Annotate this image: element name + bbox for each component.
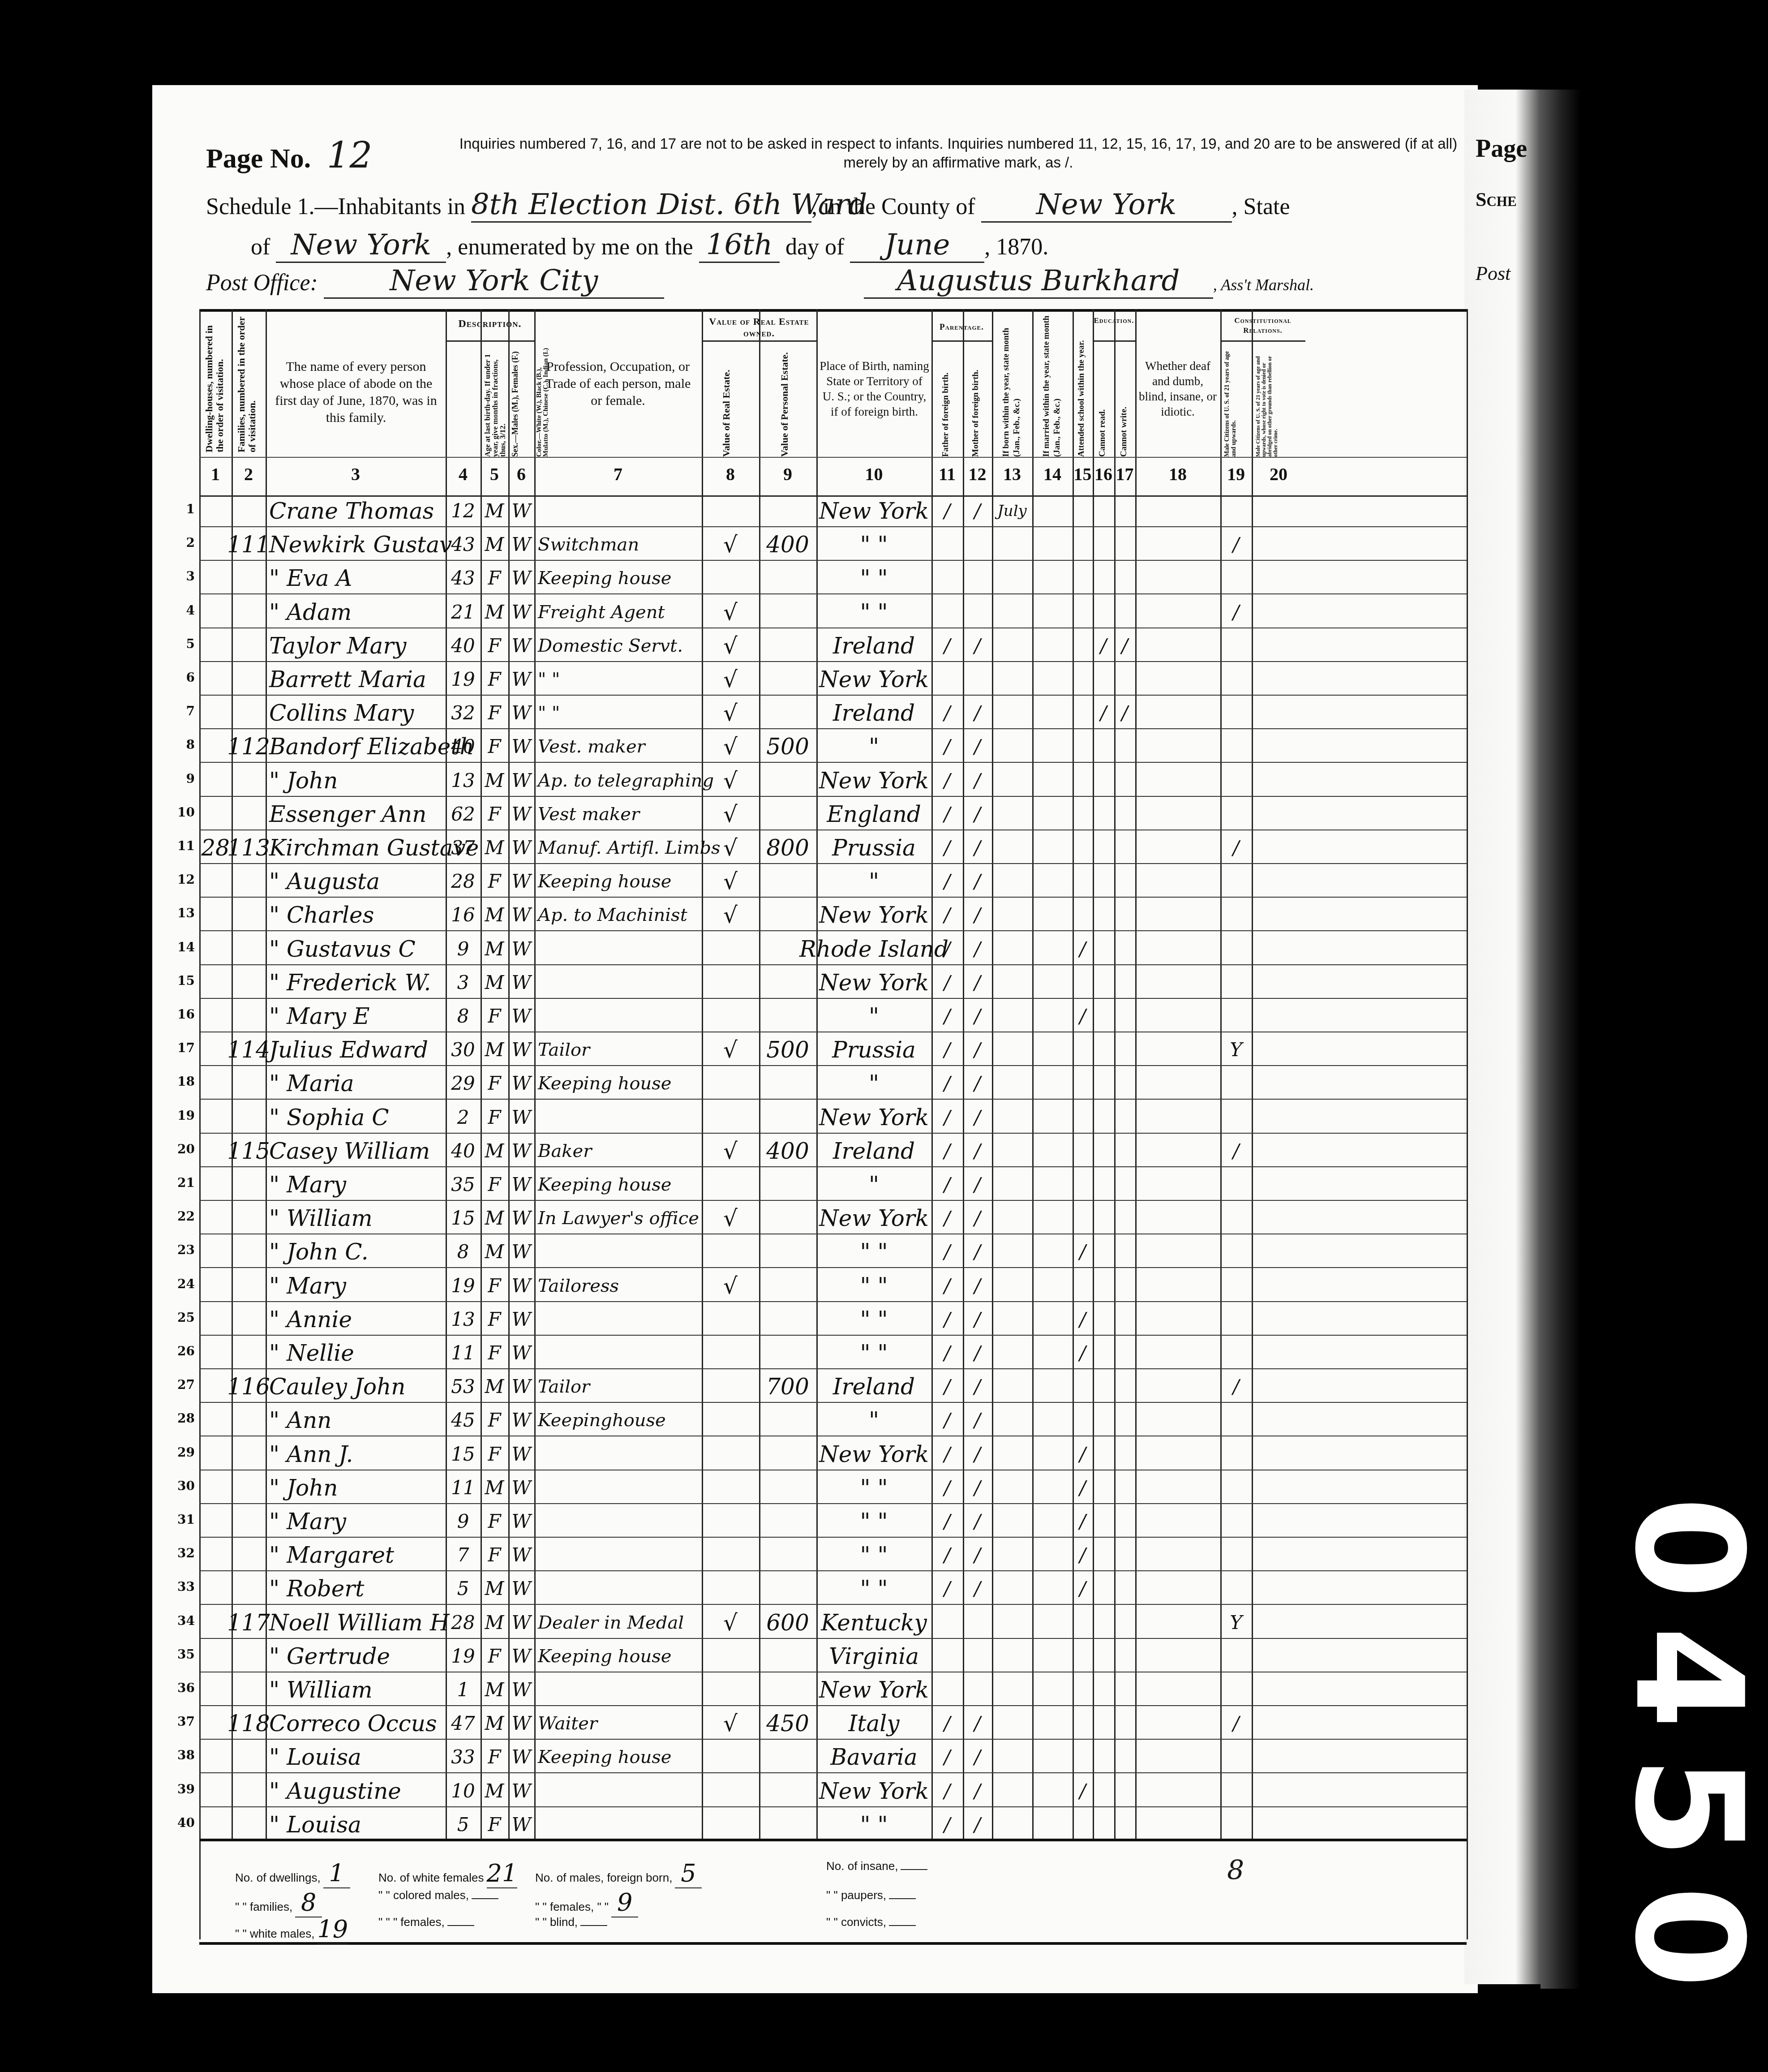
personal-estate-cell — [759, 1099, 816, 1133]
father-foreign-cell: / — [931, 931, 963, 964]
color-cell: W — [508, 1234, 534, 1267]
table-row: 15" Frederick W.3MWNew York// — [199, 964, 1467, 999]
adjacent-page-title: Page — [1476, 134, 1527, 163]
age-cell: 33 — [446, 1739, 481, 1772]
name-cell: " Augustine — [266, 1773, 446, 1806]
table-row: 5Taylor Mary40FWDomestic Servt.√Ireland/… — [199, 628, 1467, 662]
line-number: 25 — [172, 1310, 195, 1325]
family-cell: 118 — [232, 1705, 266, 1739]
father-foreign-cell: / — [931, 1739, 963, 1772]
line-number: 24 — [172, 1277, 195, 1291]
disability-cell — [1135, 1402, 1220, 1436]
personal-estate-cell — [759, 1335, 816, 1368]
dwelling-cell — [199, 1368, 232, 1402]
married-month-cell — [1032, 1402, 1073, 1436]
dwelling-cell — [199, 1739, 232, 1772]
occupation-cell: Keeping house — [534, 560, 702, 593]
real-estate-cell — [702, 1570, 759, 1604]
birthplace-cell: Italy — [816, 1705, 931, 1739]
disability-cell — [1135, 1099, 1220, 1133]
disability-cell — [1135, 762, 1220, 796]
cannot-write-cell — [1114, 661, 1135, 695]
father-foreign-cell — [931, 526, 963, 560]
born-month-cell — [992, 1268, 1032, 1301]
cannot-read-cell — [1093, 493, 1114, 526]
cannot-read-cell — [1093, 1739, 1114, 1772]
real-estate-cell — [702, 1806, 759, 1840]
school-cell — [1073, 796, 1093, 830]
married-month-cell — [1032, 695, 1073, 728]
born-month-cell — [992, 1402, 1032, 1436]
dwelling-cell — [199, 1537, 232, 1570]
birthplace-cell: " " — [816, 1537, 931, 1570]
citizen-cell — [1220, 1570, 1252, 1604]
mother-foreign-cell: / — [963, 1436, 992, 1470]
family-cell — [232, 1773, 266, 1806]
sex-cell: F — [481, 1166, 508, 1200]
real-estate-cell: √ — [702, 897, 759, 930]
color-cell: W — [508, 628, 534, 661]
table-row: 13" Charles16MWAp. to Machinist√New York… — [199, 897, 1467, 931]
family-cell — [232, 796, 266, 830]
vote-denied-cell — [1252, 1739, 1305, 1772]
education-group: Education. — [1093, 316, 1135, 326]
school-cell — [1073, 762, 1093, 796]
cannot-read-cell — [1093, 1436, 1114, 1470]
age-cell: 19 — [446, 661, 481, 695]
color-cell: W — [508, 1705, 534, 1739]
cannot-write-cell: / — [1114, 628, 1135, 661]
father-foreign-cell: / — [931, 1200, 963, 1234]
father-foreign-cell — [931, 1672, 963, 1705]
line-number: 16 — [172, 1007, 195, 1022]
real-estate-cell: √ — [702, 526, 759, 560]
vote-denied-cell — [1252, 1503, 1305, 1537]
color-cell: W — [508, 1133, 534, 1166]
school-cell: / — [1073, 931, 1093, 964]
mother-foreign-cell: / — [963, 1166, 992, 1200]
personal-estate-cell — [759, 661, 816, 695]
color-cell: W — [508, 1166, 534, 1200]
cannot-write-cell — [1114, 931, 1135, 964]
line-number: 1 — [172, 502, 195, 516]
sex-cell: M — [481, 1470, 508, 1503]
personal-estate-cell: 500 — [759, 1032, 816, 1065]
sex-cell: M — [481, 1200, 508, 1234]
occupation-cell — [534, 1570, 702, 1604]
dwelling-cell — [199, 526, 232, 560]
dwelling-cell — [199, 897, 232, 930]
age-cell: 7 — [446, 1537, 481, 1570]
line-number: 8 — [172, 737, 195, 752]
family-cell: 113 — [232, 830, 266, 863]
table-row: 14" Gustavus C9MWRhode Island/// — [199, 931, 1467, 965]
line-number: 9 — [172, 771, 195, 786]
father-foreign-cell: / — [931, 897, 963, 930]
name-cell: " William — [266, 1672, 446, 1705]
vote-denied-cell — [1252, 1368, 1305, 1402]
name-cell: " Louisa — [266, 1739, 446, 1772]
disability-cell — [1135, 1604, 1220, 1638]
real-estate-cell — [702, 1335, 759, 1368]
cannot-write-cell — [1114, 1200, 1135, 1234]
school-cell — [1073, 1200, 1093, 1234]
table-row: 24" Mary19FWTailoress√" "// — [199, 1268, 1467, 1302]
disability-cell — [1135, 594, 1220, 628]
family-cell — [232, 762, 266, 796]
birthplace-cell: " — [816, 998, 931, 1032]
color-cell: W — [508, 897, 534, 930]
sex-cell: F — [481, 728, 508, 762]
personal-estate-cell: 800 — [759, 830, 816, 863]
born-month-cell — [992, 1537, 1032, 1570]
married-month-cell — [1032, 1806, 1073, 1840]
cannot-write-cell — [1114, 1032, 1135, 1065]
family-cell — [232, 1234, 266, 1267]
school-cell — [1073, 661, 1093, 695]
line-number: 21 — [172, 1175, 195, 1190]
real-estate-cell — [702, 493, 759, 526]
birthplace-cell: New York — [816, 1672, 931, 1705]
mother-foreign-cell: / — [963, 1065, 992, 1099]
father-foreign-cell: / — [931, 1268, 963, 1301]
name-cell: " Nellie — [266, 1335, 446, 1368]
married-month-cell — [1032, 998, 1073, 1032]
cannot-write-cell — [1114, 1672, 1135, 1705]
dwelling-cell: 28 — [199, 830, 232, 863]
real-estate-cell — [702, 998, 759, 1032]
real-estate-cell — [702, 1739, 759, 1772]
disability-cell — [1135, 1032, 1220, 1065]
disability-cell — [1135, 830, 1220, 863]
table-row: 32" Margaret7FW" "/// — [199, 1537, 1467, 1571]
disability-cell — [1135, 863, 1220, 897]
real-estate-cell — [702, 1638, 759, 1672]
cannot-read-cell — [1093, 863, 1114, 897]
married-month-cell — [1032, 1705, 1073, 1739]
birthplace-cell: Prussia — [816, 1032, 931, 1065]
personal-estate-cell — [759, 964, 816, 998]
vote-denied-cell — [1252, 1537, 1305, 1570]
personal-estate-cell: 400 — [759, 1133, 816, 1166]
vote-denied-cell — [1252, 1436, 1305, 1470]
school-cell — [1073, 728, 1093, 762]
real-estate-cell — [702, 1436, 759, 1470]
line-number: 29 — [172, 1445, 195, 1460]
sex-cell: F — [481, 695, 508, 728]
personal-estate-cell — [759, 493, 816, 526]
cannot-write-cell — [1114, 1773, 1135, 1806]
disability-cell — [1135, 1301, 1220, 1335]
vote-denied-cell — [1252, 863, 1305, 897]
real-estate-cell — [702, 1301, 759, 1335]
sex-cell: F — [481, 796, 508, 830]
table-row: 10Essenger Ann62FWVest maker√England// — [199, 796, 1467, 830]
real-estate-cell — [702, 1065, 759, 1099]
disability-cell — [1135, 628, 1220, 661]
sex-cell: M — [481, 897, 508, 930]
cannot-write-cell — [1114, 897, 1135, 930]
table-row: 4" Adam21MWFreight Agent√" "/ — [199, 594, 1467, 628]
cannot-read-cell: / — [1093, 695, 1114, 728]
color-cell: W — [508, 1368, 534, 1402]
real-estate-cell — [702, 560, 759, 593]
born-month-cell — [992, 1436, 1032, 1470]
line-number: 38 — [172, 1748, 195, 1762]
cannot-write-cell — [1114, 493, 1135, 526]
birthplace-cell: New York — [816, 493, 931, 526]
disability-cell — [1135, 560, 1220, 593]
dwelling-cell — [199, 931, 232, 964]
school-cell — [1073, 594, 1093, 628]
born-month-cell — [992, 695, 1032, 728]
married-month-cell — [1032, 1537, 1073, 1570]
occupation-cell — [534, 1335, 702, 1368]
cannot-read-cell — [1093, 762, 1114, 796]
birthplace-cell: Ireland — [816, 695, 931, 728]
disability-cell — [1135, 998, 1220, 1032]
age-cell: 13 — [446, 1301, 481, 1335]
married-month-cell — [1032, 762, 1073, 796]
mother-foreign-cell — [963, 661, 992, 695]
sex-cell: F — [481, 1806, 508, 1840]
vote-denied-cell — [1252, 560, 1305, 593]
occupation-cell: Ap. to Machinist — [534, 897, 702, 930]
age-cell: 15 — [446, 1200, 481, 1234]
name-cell: Collins Mary — [266, 695, 446, 728]
name-cell: " Maria — [266, 1065, 446, 1099]
family-cell: 115 — [232, 1133, 266, 1166]
personal-estate-cell — [759, 1301, 816, 1335]
adjacent-page-post: Post — [1476, 262, 1511, 285]
citizen-cell — [1220, 695, 1252, 728]
personal-estate-cell — [759, 1234, 816, 1267]
mother-foreign-cell — [963, 1604, 992, 1638]
married-month-cell — [1032, 964, 1073, 998]
name-cell: " William — [266, 1200, 446, 1234]
cannot-write-cell — [1114, 1133, 1135, 1166]
father-foreign-cell: / — [931, 1133, 963, 1166]
school-cell — [1073, 964, 1093, 998]
father-foreign-cell: / — [931, 1470, 963, 1503]
color-cell: W — [508, 830, 534, 863]
real-estate-cell: √ — [702, 628, 759, 661]
age-cell: 11 — [446, 1470, 481, 1503]
dwelling-cell — [199, 863, 232, 897]
name-cell: " Gertrude — [266, 1638, 446, 1672]
occupation-cell: Keepinghouse — [534, 1402, 702, 1436]
color-cell: W — [508, 1335, 534, 1368]
personal-estate-cell: 400 — [759, 526, 816, 560]
post-office-field: New York City — [324, 264, 664, 299]
mother-foreign-cell: / — [963, 1773, 992, 1806]
color-cell: W — [508, 493, 534, 526]
age-cell: 40 — [446, 1133, 481, 1166]
family-cell — [232, 1739, 266, 1772]
father-foreign-cell: / — [931, 493, 963, 526]
table-row: 2111Newkirk Gustav43MWSwitchman√400" "/ — [199, 526, 1467, 561]
color-cell: W — [508, 1402, 534, 1436]
cannot-write-cell — [1114, 964, 1135, 998]
name-cell: " Mary E — [266, 998, 446, 1032]
cannot-write-cell — [1114, 1638, 1135, 1672]
age-cell: 43 — [446, 526, 481, 560]
born-month-cell — [992, 728, 1032, 762]
born-month-cell — [992, 863, 1032, 897]
sex-cell: M — [481, 1032, 508, 1065]
occupation-cell — [534, 1301, 702, 1335]
occupation-cell: Baker — [534, 1133, 702, 1166]
birthplace-cell: " — [816, 1402, 931, 1436]
cannot-write-cell — [1114, 1705, 1135, 1739]
col2-header: Families, numbered in the order of visit… — [236, 314, 261, 452]
cannot-read-cell — [1093, 897, 1114, 930]
cannot-read-cell — [1093, 1335, 1114, 1368]
citizen-cell — [1220, 931, 1252, 964]
dwelling-cell — [199, 493, 232, 526]
school-cell — [1073, 1099, 1093, 1133]
cannot-read-cell — [1093, 1032, 1114, 1065]
occupation-cell — [534, 964, 702, 998]
family-cell — [232, 863, 266, 897]
cannot-write-cell — [1114, 1604, 1135, 1638]
marshal-signature: Augustus Burkhard — [864, 264, 1213, 299]
occupation-cell: Keeping house — [534, 1739, 702, 1772]
mother-foreign-cell: / — [963, 1739, 992, 1772]
adjacent-page-edge — [1464, 90, 1549, 1984]
married-month-cell — [1032, 830, 1073, 863]
father-foreign-cell — [931, 594, 963, 628]
disability-cell — [1135, 1335, 1220, 1368]
married-month-cell — [1032, 897, 1073, 930]
married-month-cell — [1032, 1200, 1073, 1234]
table-row: 31" Mary9FW" "/// — [199, 1503, 1467, 1538]
name-cell: " Ann J. — [266, 1436, 446, 1470]
mother-foreign-cell: / — [963, 1402, 992, 1436]
personal-estate-cell — [759, 796, 816, 830]
school-cell: / — [1073, 1470, 1093, 1503]
married-month-cell — [1032, 1570, 1073, 1604]
sex-cell: F — [481, 998, 508, 1032]
disability-cell — [1135, 1200, 1220, 1234]
line-number: 12 — [172, 872, 195, 887]
birthplace-cell: " " — [816, 1806, 931, 1840]
table-row: 40" Louisa5FW" "// — [199, 1806, 1467, 1841]
birthplace-cell: England — [816, 796, 931, 830]
citizen-cell: / — [1220, 1368, 1252, 1402]
vote-denied-cell — [1252, 1133, 1305, 1166]
occupation-cell — [534, 998, 702, 1032]
table-row: 33" Robert5MW" "/// — [199, 1570, 1467, 1605]
real-estate-cell: √ — [702, 1032, 759, 1065]
name-cell: Barrett Maria — [266, 661, 446, 695]
citizen-cell — [1220, 1806, 1252, 1840]
occupation-cell: Vest maker — [534, 796, 702, 830]
table-row: 29" Ann J.15FWNew York/// — [199, 1436, 1467, 1470]
age-cell: 8 — [446, 998, 481, 1032]
born-month-cell — [992, 1773, 1032, 1806]
occupation-cell: Keeping house — [534, 1166, 702, 1200]
age-cell: 45 — [446, 1402, 481, 1436]
binding-shadow — [1541, 90, 1581, 1989]
real-estate-cell — [702, 1166, 759, 1200]
born-month-cell — [992, 1065, 1032, 1099]
cannot-read-cell — [1093, 1402, 1114, 1436]
inhabitants-in-field: 8th Election Dist. 6th Ward — [471, 188, 811, 223]
personal-estate-cell — [759, 1268, 816, 1301]
line-number: 20 — [172, 1142, 195, 1156]
born-month-cell — [992, 1032, 1032, 1065]
citizen-cell — [1220, 728, 1252, 762]
school-cell: / — [1073, 1301, 1093, 1335]
born-month-cell — [992, 931, 1032, 964]
occupation-cell: Tailor — [534, 1368, 702, 1402]
real-estate-cell — [702, 964, 759, 998]
dwelling-cell — [199, 594, 232, 628]
cannot-read-cell — [1093, 1638, 1114, 1672]
school-cell — [1073, 1368, 1093, 1402]
dwelling-cell — [199, 1099, 232, 1133]
personal-estate-cell — [759, 1570, 816, 1604]
father-foreign-cell: / — [931, 1166, 963, 1200]
school-cell — [1073, 1166, 1093, 1200]
father-foreign-cell: / — [931, 1503, 963, 1537]
married-month-cell — [1032, 594, 1073, 628]
birthplace-cell: " " — [816, 1335, 931, 1368]
cannot-write-cell — [1114, 1099, 1135, 1133]
cannot-read-cell — [1093, 661, 1114, 695]
vote-denied-cell — [1252, 1705, 1305, 1739]
cannot-read-cell — [1093, 1705, 1114, 1739]
personal-estate-cell — [759, 762, 816, 796]
birthplace-cell: " — [816, 1166, 931, 1200]
dwelling-cell — [199, 560, 232, 593]
summary-dwellings: No. of dwellings,1 — [235, 1859, 350, 1888]
married-month-cell — [1032, 1638, 1073, 1672]
family-cell — [232, 628, 266, 661]
col8-header: Value of Real Estate. — [721, 349, 739, 457]
family-cell — [232, 897, 266, 930]
real-estate-cell: √ — [702, 863, 759, 897]
real-estate-cell — [702, 1402, 759, 1436]
table-row: 34117Noell William H28MWDealer in Medal√… — [199, 1604, 1467, 1639]
vote-denied-cell — [1252, 1166, 1305, 1200]
cannot-read-cell — [1093, 1200, 1114, 1234]
real-estate-cell: √ — [702, 1200, 759, 1234]
real-estate-cell — [702, 1368, 759, 1402]
mother-foreign-cell: / — [963, 1470, 992, 1503]
cannot-write-cell — [1114, 1402, 1135, 1436]
citizen-cell — [1220, 1638, 1252, 1672]
birthplace-cell: Kentucky — [816, 1604, 931, 1638]
sex-cell: F — [481, 628, 508, 661]
color-cell: W — [508, 526, 534, 560]
married-month-cell — [1032, 628, 1073, 661]
dwelling-cell — [199, 1065, 232, 1099]
age-cell: 37 — [446, 830, 481, 863]
married-month-cell — [1032, 1234, 1073, 1267]
married-month-cell — [1032, 863, 1073, 897]
mother-foreign-cell — [963, 560, 992, 593]
father-foreign-cell: / — [931, 796, 963, 830]
cannot-read-cell — [1093, 1604, 1114, 1638]
married-month-cell — [1032, 1368, 1073, 1402]
vote-denied-cell — [1252, 1032, 1305, 1065]
family-cell — [232, 1200, 266, 1234]
vote-denied-cell — [1252, 964, 1305, 998]
table-row: 39" Augustine10MWNew York/// — [199, 1773, 1467, 1807]
line-number: 11 — [172, 838, 195, 853]
